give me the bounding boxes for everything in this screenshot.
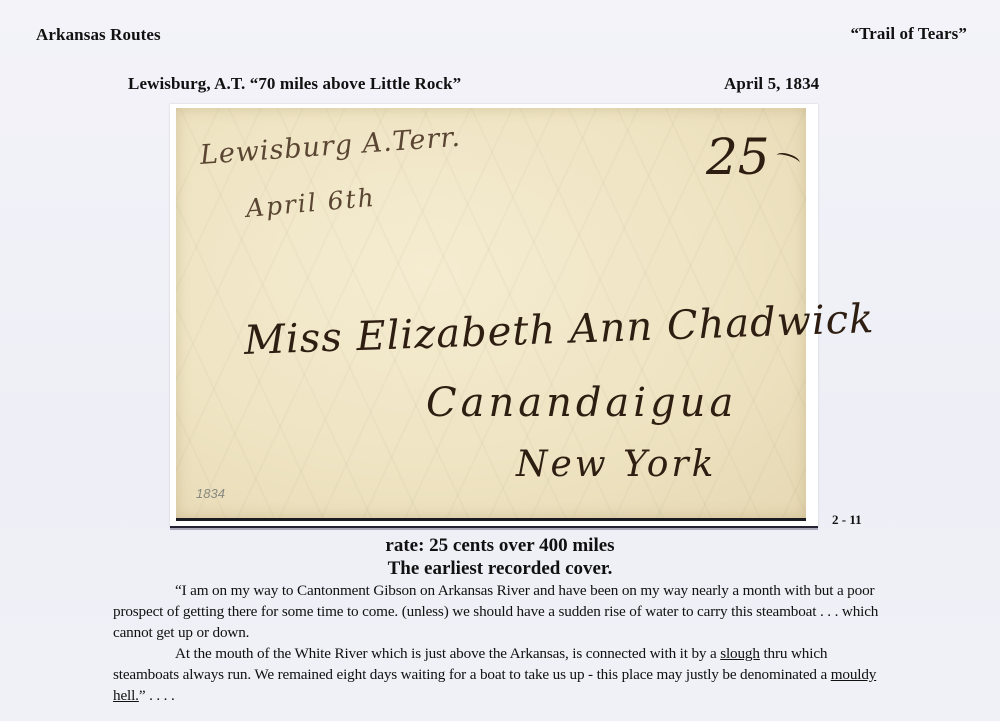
quote-text-segment: ” . . . . bbox=[139, 687, 175, 704]
letter-quote-paragraph-1: “I am on my way to Cantonment Gibson on … bbox=[113, 580, 893, 643]
cover-origin-heading: Lewisburg, A.T. “70 miles above Little R… bbox=[128, 74, 461, 94]
exhibit-title: Arkansas Routes bbox=[36, 25, 161, 45]
address-city: Canandaigua bbox=[426, 380, 737, 426]
addressee-name: Miss Elizabeth Ann Chadwick bbox=[243, 296, 875, 364]
page-number: 2 - 11 bbox=[832, 512, 862, 528]
quote-text: At the mouth of the White River which is… bbox=[113, 643, 893, 706]
stampless-cover-image: Lewisburg A.Terr. April 6th 25 Miss Eliz… bbox=[176, 108, 806, 521]
pencil-notation-year: 1834 bbox=[196, 486, 225, 501]
quote-text: “I am on my way to Cantonment Gibson on … bbox=[113, 580, 893, 643]
exhibit-theme: “Trail of Tears” bbox=[850, 24, 967, 44]
rate-flourish bbox=[775, 151, 801, 168]
earliest-cover-caption: The earliest recorded cover. bbox=[0, 558, 1000, 580]
underlined-word-slough: slough bbox=[720, 645, 760, 662]
manuscript-rate-marking: 25 bbox=[706, 128, 770, 186]
letter-quote-paragraph-2: At the mouth of the White River which is… bbox=[113, 643, 893, 706]
cover-date-heading: April 5, 1834 bbox=[724, 74, 819, 94]
manuscript-postmark-date: April 6th bbox=[245, 183, 377, 223]
quote-text-segment: At the mouth of the White River which is… bbox=[175, 645, 720, 662]
rate-caption: rate: 25 cents over 400 miles bbox=[0, 535, 1000, 557]
address-state: New York bbox=[516, 444, 716, 485]
manuscript-postmark-town: Lewisburg A.Terr. bbox=[199, 122, 462, 171]
